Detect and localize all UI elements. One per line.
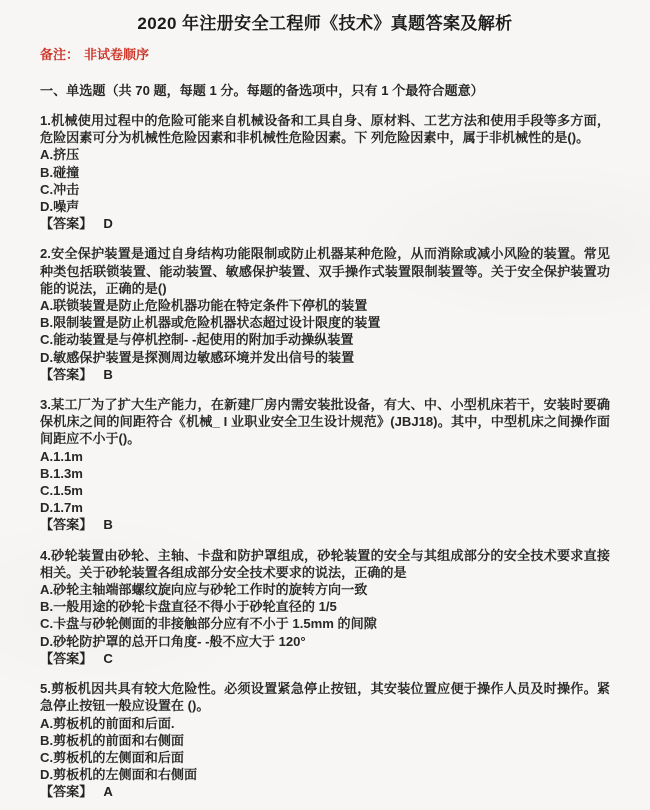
question-4-stem: 4.砂轮装置由砂轮、主轴、卡盘和防护罩组成，砂轮装置的安全与其组成部分的安全技术… xyxy=(40,547,610,581)
question-2-option-a: A.联锁装置是防止危险机器功能在特定条件下停机的装置 xyxy=(40,297,610,314)
document-page: 2020 年注册安全工程师《技术》真题答案及解析 备注：非试卷顺序 一、单选题（… xyxy=(0,0,650,810)
answer-value: D xyxy=(103,216,112,231)
answer-value: B xyxy=(103,517,112,532)
answer-label: 【答案】 xyxy=(40,517,92,532)
question-3: 3.某工厂为了扩大生产能力，在新建厂房内需安装批设备，有大、中、小型机床若干，安… xyxy=(40,396,610,534)
question-2-answer-line: 【答案】B xyxy=(40,366,610,383)
question-5-answer-line: 【答案】A xyxy=(40,783,610,800)
note-line: 备注：非试卷顺序 xyxy=(40,46,610,63)
answer-value: B xyxy=(103,367,112,382)
question-5: 5.剪板机因共具有较大危险性。必须设置紧急停止按钮，其安装位置应便于操作人员及时… xyxy=(40,680,610,800)
answer-value: C xyxy=(103,651,112,666)
question-1-stem: 1.机械使用过程中的危险可能来自机械设备和工具自身、原材料、工艺方法和使用手段等… xyxy=(40,112,610,146)
question-3-option-c: C.1.5m xyxy=(40,482,610,499)
question-1-option-d: D.噪声 xyxy=(40,198,610,215)
question-2-stem: 2.安全保护装置是通过自身结构功能限制或防止机器某种危险，从而消除或减小风险的装… xyxy=(40,245,610,297)
question-2-option-d: D.敏感保护装置是探测周边敏感环境并发出信号的装置 xyxy=(40,349,610,366)
answer-label: 【答案】 xyxy=(40,367,92,382)
answer-label: 【答案】 xyxy=(40,216,92,231)
section-heading: 一、单选题（共 70 题，每题 1 分。每题的备选项中，只有 1 个最符合题意） xyxy=(40,82,610,99)
note-text: 非试卷顺序 xyxy=(84,47,149,62)
question-4-option-c: C.卡盘与砂轮侧面的非接触部分应有不小于 1.5mm 的间隙 xyxy=(40,615,610,632)
question-2: 2.安全保护装置是通过自身结构功能限制或防止机器某种危险，从而消除或减小风险的装… xyxy=(40,245,610,383)
answer-label: 【答案】 xyxy=(40,651,92,666)
question-2-option-b: B.限制装置是防止机器或危险机器状态超过设计限度的装置 xyxy=(40,314,610,331)
question-3-stem: 3.某工厂为了扩大生产能力，在新建厂房内需安装批设备，有大、中、小型机床若干，安… xyxy=(40,396,610,448)
question-5-option-b: B.剪板机的前面和右侧面 xyxy=(40,732,610,749)
question-4-option-d: D.砂轮防护罩的总开口角度- -般不应大于 120° xyxy=(40,633,610,650)
question-4-option-b: B.一般用途的砂轮卡盘直径不得小于砂轮直径的 1/5 xyxy=(40,598,610,615)
question-5-option-a: A.剪板机的前面和后面. xyxy=(40,715,610,732)
question-3-answer-line: 【答案】B xyxy=(40,516,610,533)
question-3-option-a: A.1.1m xyxy=(40,448,610,465)
answer-label: 【答案】 xyxy=(40,784,92,799)
question-1-option-a: A.挤压 xyxy=(40,146,610,163)
question-5-option-c: C.剪板机的左侧面和后面 xyxy=(40,749,610,766)
question-1-option-b: B.碰撞 xyxy=(40,164,610,181)
question-2-option-c: C.能动装置是与停机控制- -起使用的附加手动操纵装置 xyxy=(40,331,610,348)
question-1-option-c: C.冲击 xyxy=(40,181,610,198)
question-3-option-d: D.1.7m xyxy=(40,499,610,516)
question-1-answer-line: 【答案】D xyxy=(40,215,610,232)
question-3-option-b: B.1.3m xyxy=(40,465,610,482)
question-4-answer-line: 【答案】C xyxy=(40,650,610,667)
question-1: 1.机械使用过程中的危险可能来自机械设备和工具自身、原材料、工艺方法和使用手段等… xyxy=(40,112,610,232)
question-4: 4.砂轮装置由砂轮、主轴、卡盘和防护罩组成，砂轮装置的安全与其组成部分的安全技术… xyxy=(40,547,610,667)
question-4-option-a: A.砂轮主轴端部螺纹旋向应与砂轮工作时的旋转方向一致 xyxy=(40,581,610,598)
page-title: 2020 年注册安全工程师《技术》真题答案及解析 xyxy=(40,12,610,35)
answer-value: A xyxy=(103,784,112,799)
note-label: 备注： xyxy=(40,47,79,62)
question-5-option-d: D.剪板机的左侧面和右侧面 xyxy=(40,766,610,783)
question-5-stem: 5.剪板机因共具有较大危险性。必须设置紧急停止按钮，其安装位置应便于操作人员及时… xyxy=(40,680,610,714)
